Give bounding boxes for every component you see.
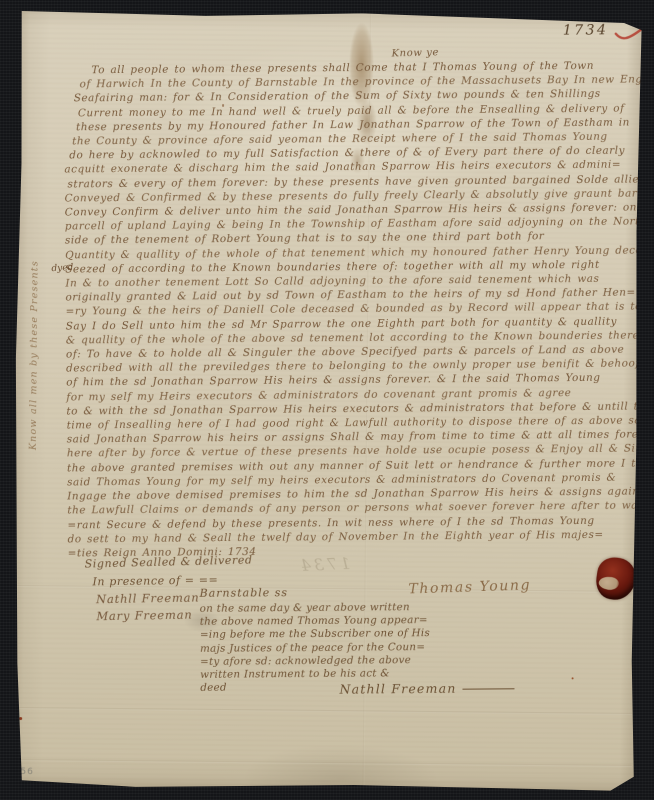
red-checkmark-icon [614, 26, 646, 43]
ink-bleedthrough-ghost: 1734 [297, 554, 350, 575]
deed-document-page: 1734 Know ye ‸ To all people to whom the… [11, 7, 643, 794]
deed-body-text: To all people to whom these presents sha… [63, 58, 653, 560]
justice-signature: Nathll Freeman [339, 680, 514, 696]
red-wax-seal [594, 555, 639, 602]
witness-signature: Nathll Freeman [96, 589, 200, 608]
witness-signature: Mary Freeman [96, 606, 200, 625]
margin-note-dyed: dyed [51, 263, 73, 274]
wax-seal-gap [598, 575, 620, 591]
signature-flourish-rule [463, 688, 515, 689]
acknowledgment-block: Barnstable ss on the same day & year abo… [200, 585, 431, 695]
ack-heading: Barnstable ss [200, 585, 430, 600]
photo-backdrop: 1734 Know ye ‸ To all people to whom the… [0, 0, 654, 800]
foxing-spot [19, 717, 22, 720]
fold-crease [15, 759, 632, 767]
fold-crease [15, 707, 632, 715]
interlinear-insertion: Know ye [391, 47, 439, 59]
foxing-spot [572, 677, 574, 679]
justice-signature-text: Nathll Freeman [339, 681, 456, 697]
margin-docket-note: Know all men by these Presents [28, 192, 41, 450]
archival-year-note: 1734 [563, 22, 609, 38]
witness-signatures: Nathll FreemanMary Freeman [96, 589, 200, 625]
ack-line: =ing before me the Subscriber one of His [200, 627, 430, 642]
pencil-page-number: 156 [14, 767, 34, 777]
ack-line: =ty afore sd: acknowledged the above [200, 654, 430, 669]
